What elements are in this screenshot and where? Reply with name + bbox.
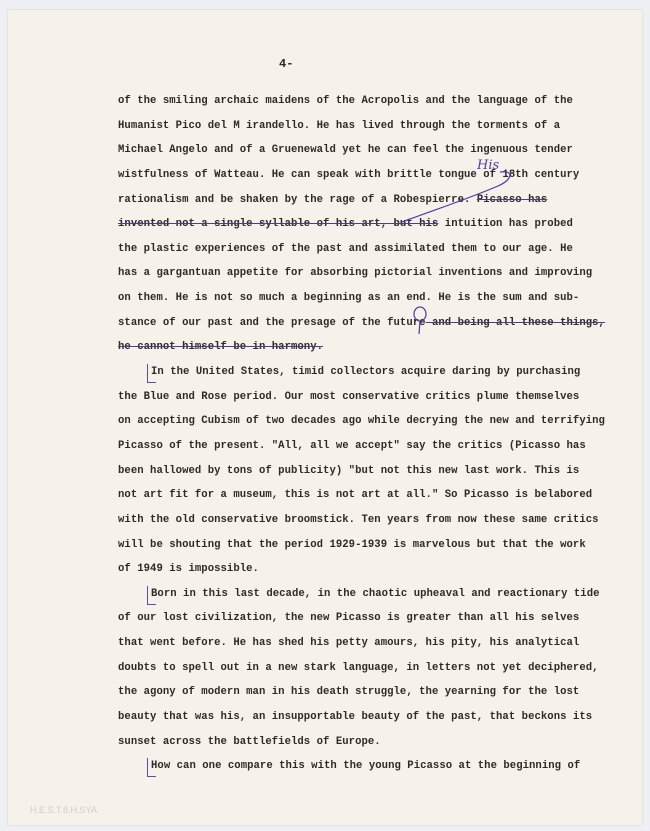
struck-text: he cannot himself be in harmony. <box>118 341 323 353</box>
text-line-18: with the old conservative broomstick. Te… <box>118 511 588 536</box>
text-line-2: Humanist Pico del M irandello. He has li… <box>118 117 588 142</box>
text-line-23: that went before. He has shed his petty … <box>118 634 588 659</box>
text-line-3: Michael Angelo and of a Gruenewald yet h… <box>118 141 588 166</box>
paragraph-bracket-mark <box>147 586 156 605</box>
text-line-27: sunset across the battlefields of Europe… <box>118 733 588 758</box>
text-line-15: Picasso of the present. "All, all we acc… <box>118 437 588 462</box>
text-line-20: of 1949 is impossible. <box>118 560 588 585</box>
text-line-1: of the smiling archaic maidens of the Ac… <box>118 92 588 117</box>
paragraph-bracket-mark <box>147 758 156 777</box>
text-line-17: not art fit for a museum, this is not ar… <box>118 486 588 511</box>
text-line-26: beauty that was his, an insupportable be… <box>118 708 588 733</box>
text-line-11: he cannot himself be in harmony. <box>118 338 588 363</box>
text-line-8: has a gargantuan appetite for absorbing … <box>118 264 588 289</box>
text-line-22: of our lost civilization, the new Picass… <box>118 609 588 634</box>
paragraph-start-line: Born in this last decade, in the chaotic… <box>118 585 588 610</box>
text-line-4: wistfulness of Watteau. He can speak wit… <box>118 166 588 191</box>
handwritten-insertion: His <box>477 158 499 173</box>
struck-text: and being all these things, <box>426 317 605 329</box>
paragraph-start-line: In the United States, timid collectors a… <box>118 363 588 388</box>
struck-text: invented not a single syllable of his ar… <box>118 218 438 230</box>
text-line-19: will be shouting that the period 1929-19… <box>118 536 588 561</box>
text-line-25: the agony of modern man in his death str… <box>118 683 588 708</box>
typed-text-body: of the smiling archaic maidens of the Ac… <box>118 92 588 782</box>
text-line-10: stance of our past and the presage of th… <box>118 314 588 339</box>
text-line-16: been hallowed by tons of publicity) "but… <box>118 462 588 487</box>
text-line-24: doubts to spell out in a new stark langu… <box>118 659 588 684</box>
text-line-9: on them. He is not so much a beginning a… <box>118 289 588 314</box>
text-line-6: invented not a single syllable of his ar… <box>118 215 588 240</box>
text-line-7: the plastic experiences of the past and … <box>118 240 588 265</box>
paragraph-bracket-mark <box>147 364 156 383</box>
text-line-13: the Blue and Rose period. Our most conse… <box>118 388 588 413</box>
struck-text: Picasso has <box>477 194 547 206</box>
text-line-14: on accepting Cubism of two decades ago w… <box>118 412 588 437</box>
page-number: 4- <box>279 57 293 71</box>
paragraph-start-line: How can one compare this with the young … <box>118 757 588 782</box>
text-line-5: rationalism and be shaken by the rage of… <box>118 191 588 216</box>
archive-stamp: H.E.S.T.8.H.SYA <box>30 805 97 815</box>
